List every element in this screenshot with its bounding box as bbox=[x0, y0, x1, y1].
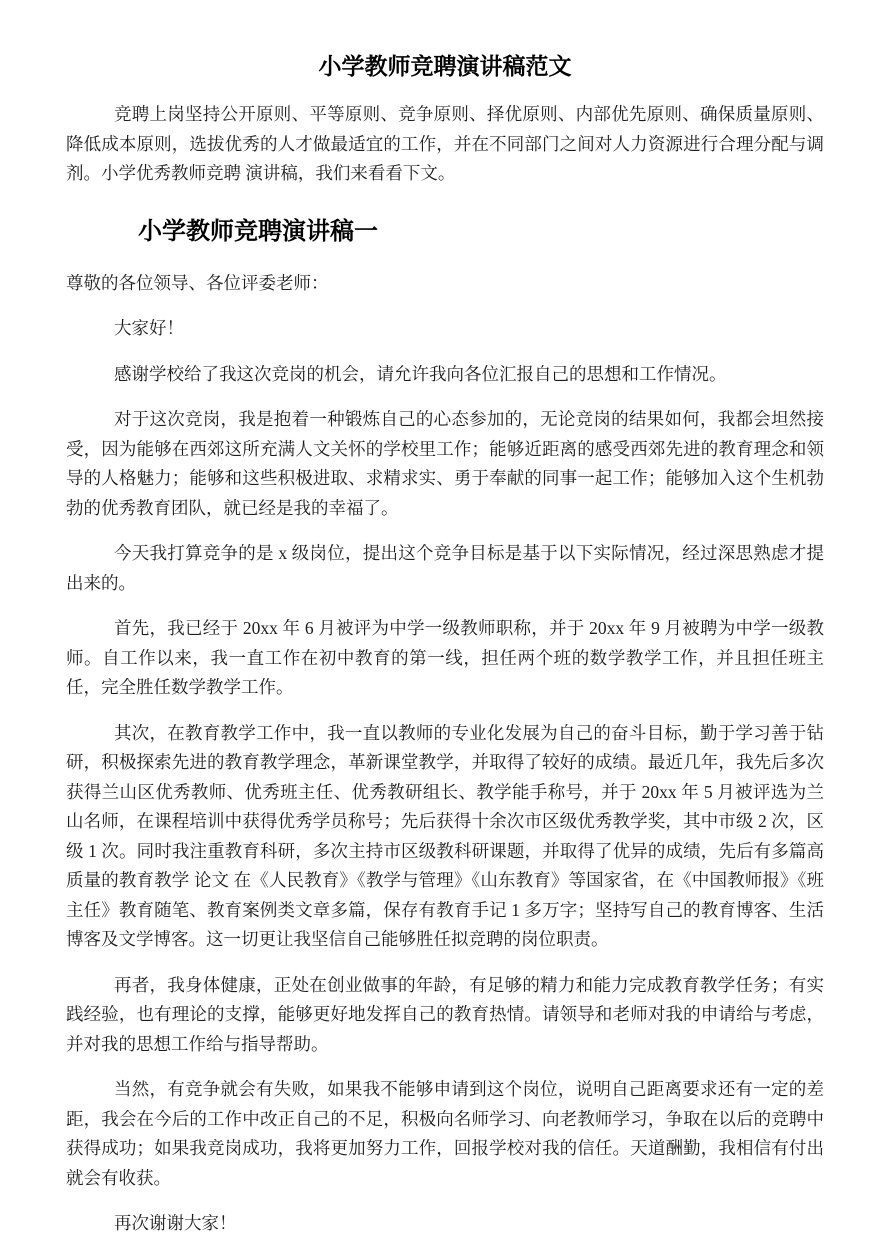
closing-attitude-paragraph: 当然，有竞争就会有失败，如果我不能够申请到这个岗位，说明自己距离要求还有一定的差… bbox=[66, 1075, 824, 1193]
second-point-paragraph: 其次，在教育教学工作中，我一直以教师的专业化发展为自己的奋斗目标，勤于学习善于钻… bbox=[66, 719, 824, 955]
greeting-paragraph: 大家好！ bbox=[66, 314, 824, 344]
section-heading: 小学教师竞聘演讲稿一 bbox=[138, 215, 824, 249]
attitude-paragraph: 对于这次竞岗，我是抱着一种锻炼自己的心态参加的，无论竞岗的结果如何，我都会坦然接… bbox=[66, 405, 824, 523]
thanks-paragraph: 感谢学校给了我这次竞岗的机会，请允许我向各位汇报自己的思想和工作情况。 bbox=[66, 360, 824, 390]
third-point-paragraph: 再者，我身体健康，正处在创业做事的年龄，有足够的精力和能力完成教育教学任务；有实… bbox=[66, 971, 824, 1060]
intro-paragraph: 竞聘上岗坚持公开原则、平等原则、竞争原则、择优原则、内部优先原则、确保质量原则、… bbox=[66, 100, 824, 189]
document-title: 小学教师竞聘演讲稿范文 bbox=[66, 50, 824, 84]
first-point-paragraph: 首先，我已经于 20xx 年 6 月被评为中学一级教师职称，并于 20xx 年 … bbox=[66, 614, 824, 703]
salutation-line: 尊敬的各位领导、各位评委老师： bbox=[66, 269, 824, 299]
final-thanks-paragraph: 再次谢谢大家！ bbox=[66, 1209, 824, 1239]
document-page: 小学教师竞聘演讲稿范文 竞聘上岗坚持公开原则、平等原则、竞争原则、择优原则、内部… bbox=[0, 0, 884, 1250]
goal-paragraph: 今天我打算竞争的是 x 级岗位，提出这个竞争目标是基于以下实际情况，经过深思熟虑… bbox=[66, 539, 824, 598]
